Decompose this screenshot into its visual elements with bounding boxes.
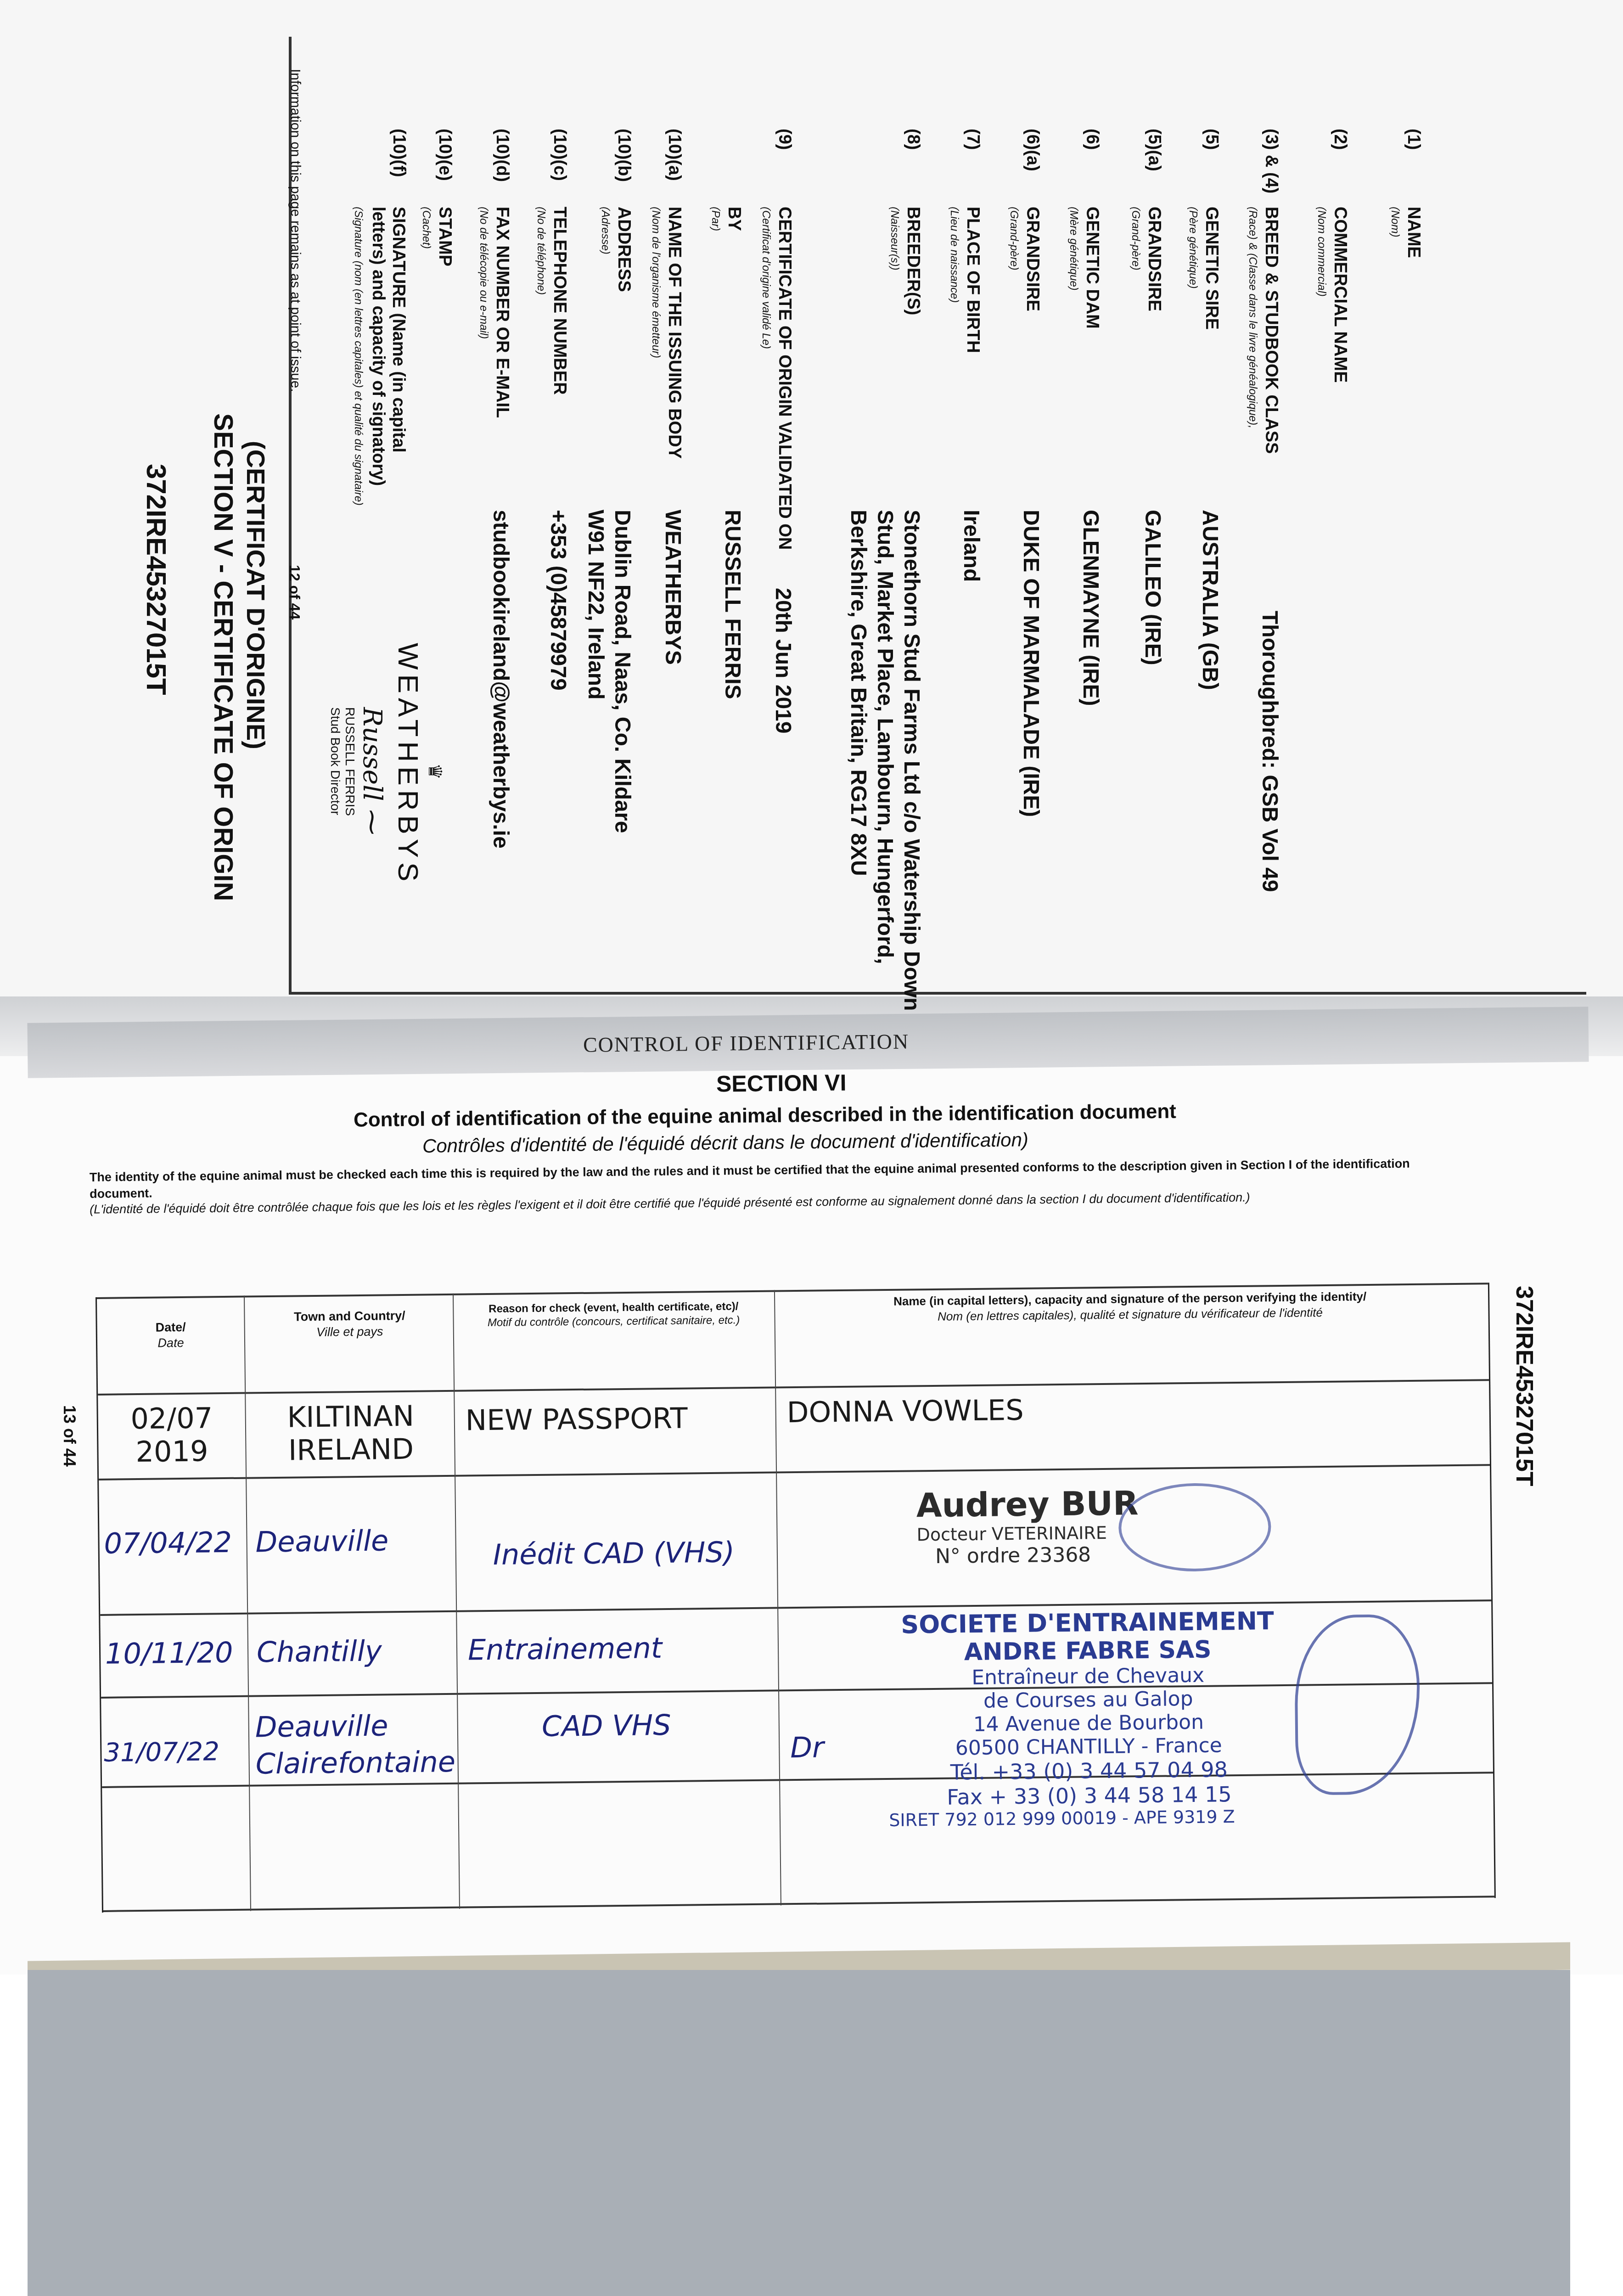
section-v-content: (1) NAME (Nom) (2) COMMERCIAL NAME (Nom … bbox=[0, 69, 1423, 1097]
control-of-identification-title: CONTROL OF IDENTIFICATION bbox=[583, 1029, 910, 1057]
table-header-divider bbox=[98, 1379, 1489, 1396]
row4-date: 31/07/22 bbox=[104, 1737, 219, 1768]
col-divider bbox=[244, 1296, 251, 1911]
row3-place: Chantilly bbox=[257, 1634, 382, 1669]
signature-scribble: Russell ⁓ bbox=[357, 707, 387, 900]
header-verifier: Name (in capital letters), capacity and … bbox=[781, 1287, 1479, 1326]
row2-reason: Inédit CAD (VHS) bbox=[466, 1520, 761, 1587]
trainer-stamp: SOCIETE D'ENTRAINEMENT ANDRE FABRE SAS E… bbox=[881, 1606, 1296, 1830]
row1-verifier: DONNA VOWLES bbox=[786, 1393, 1024, 1429]
row1-date: 02/07 2019 bbox=[107, 1401, 236, 1469]
header-reason: Reason for check (event, health certific… bbox=[460, 1300, 768, 1330]
scanner-background bbox=[28, 1970, 1570, 2296]
crown-logo-icon: ♛ bbox=[424, 643, 445, 900]
side-passport-id: 372IRE45327015T bbox=[1511, 1286, 1538, 1486]
col-divider bbox=[774, 1290, 781, 1906]
identity-checks-table: Date/ Date Town and Country/ Ville et pa… bbox=[95, 1283, 1496, 1913]
row4-reason: CAD VHS bbox=[537, 1705, 675, 1747]
vet-signature-scribble bbox=[1118, 1482, 1271, 1572]
row2-date: 07/04/22 bbox=[104, 1525, 232, 1560]
row1-place: KILTINAN IRELAND bbox=[252, 1399, 449, 1467]
row3-date: 10/11/20 bbox=[105, 1636, 233, 1671]
page-number-13: 13 of 44 bbox=[60, 1405, 79, 1467]
row2-place: Deauville bbox=[255, 1524, 388, 1559]
weatherbys-stamp: ♛ WEATHERBYS Russell ⁓ RUSSELL FERRIS St… bbox=[328, 643, 445, 900]
row3-reason: Entrainement bbox=[468, 1631, 663, 1666]
page-number-12: 12 of 44 bbox=[286, 565, 303, 619]
row4-verifier: Dr bbox=[790, 1730, 824, 1764]
header-town-country: Town and Country/ Ville et pays bbox=[248, 1307, 451, 1341]
section-vi-title: SECTION VI bbox=[716, 1069, 847, 1097]
row4-place: Deauville Clairefontaine bbox=[255, 1707, 449, 1782]
header-date: Date/ Date bbox=[97, 1319, 245, 1351]
col-divider bbox=[453, 1294, 460, 1909]
signature-scribble bbox=[1294, 1614, 1421, 1795]
stamp-logo-text: WEATHERBYS bbox=[392, 643, 424, 900]
footer-note: Information on this page remains as at p… bbox=[287, 69, 303, 392]
row1-reason: NEW PASSPORT bbox=[465, 1401, 687, 1437]
vet-stamp: Audrey BUR Docteur VETERINAIRE N° ordre … bbox=[916, 1484, 1139, 1568]
